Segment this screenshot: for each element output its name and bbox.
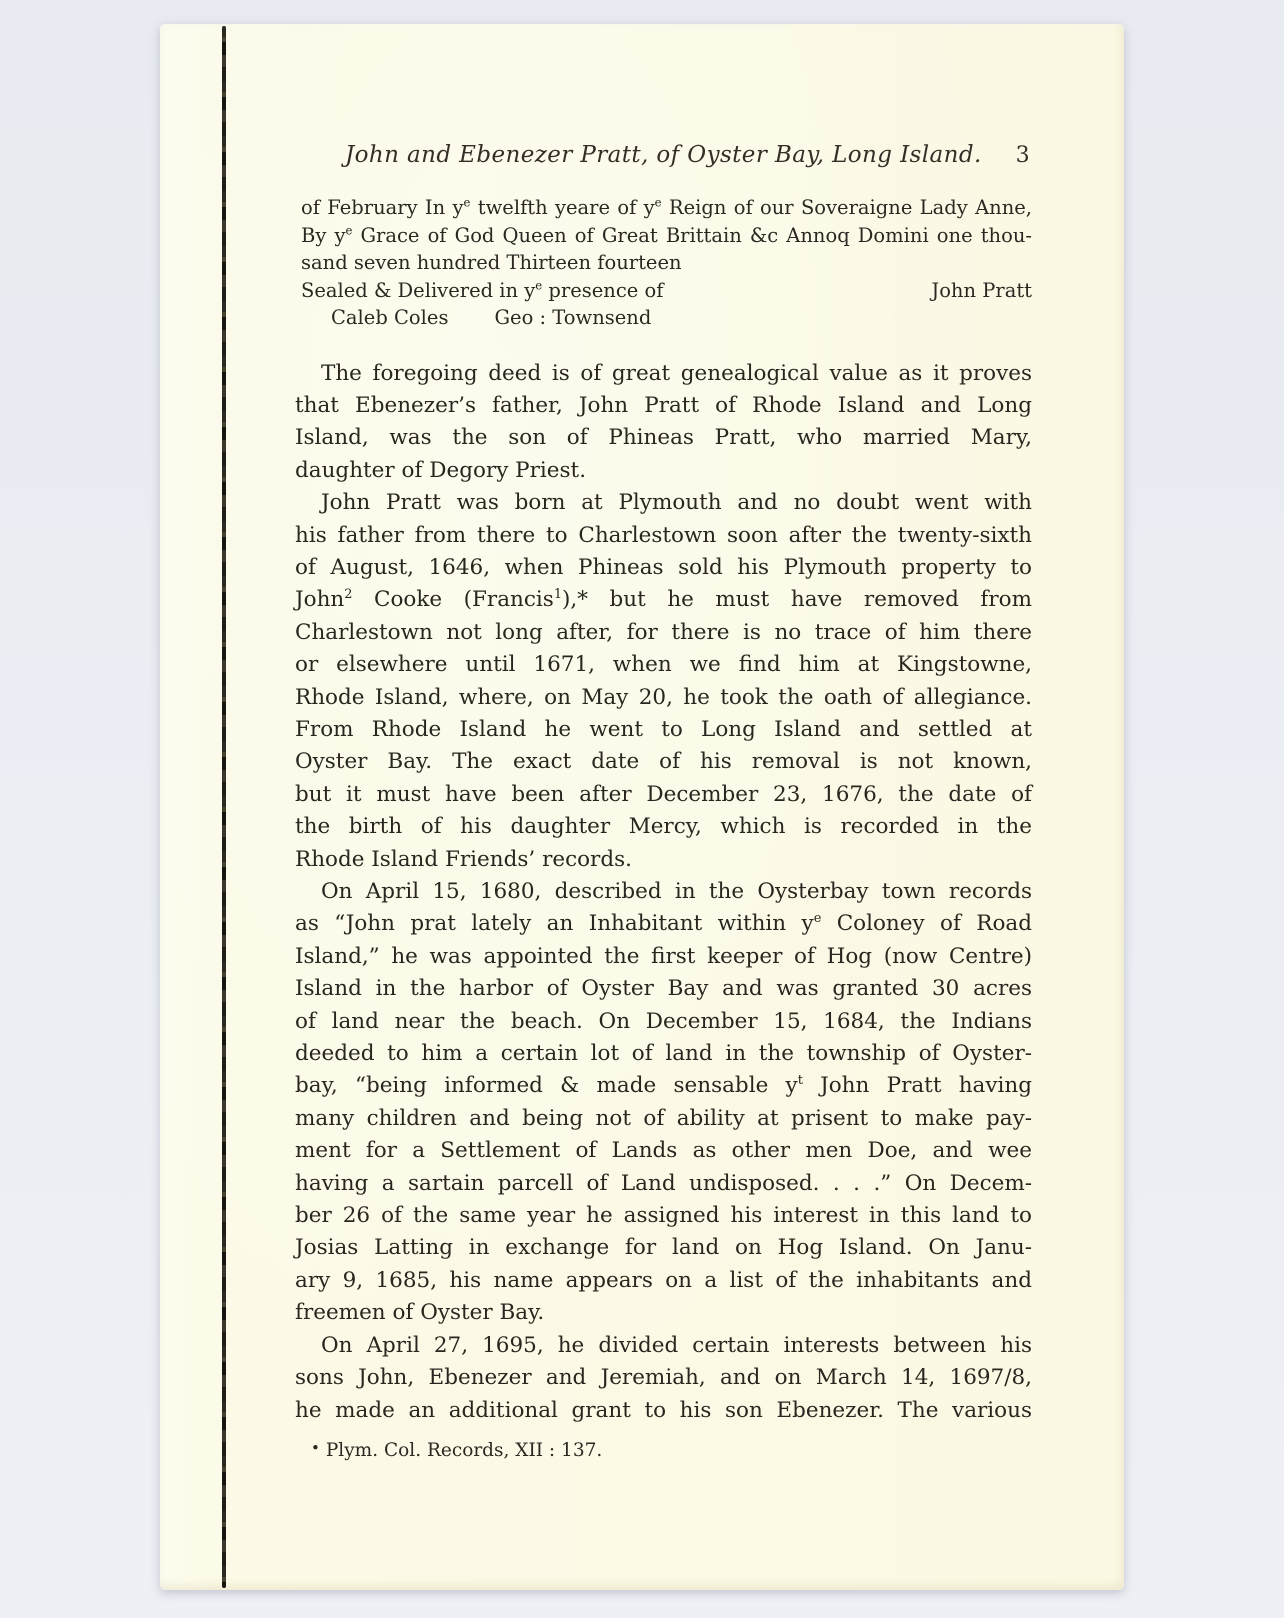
text-line: Rhode Island Friends’ records. xyxy=(295,844,1032,876)
deed-signature-row: Sealed & Delivered in ye presence ofJohn… xyxy=(301,277,1032,305)
text-line: having a sartain parcell of Land undispo… xyxy=(295,1168,1032,1200)
text-line: freemen of Oyster Bay. xyxy=(295,1297,1032,1329)
text-line: Island,” he was appointed the first keep… xyxy=(295,941,1032,973)
body-text: The foregoing deed is of great genealogi… xyxy=(295,358,1032,1427)
deed-text-line: By ye Grace of God Queen of Great Britta… xyxy=(301,222,1032,250)
text-line: or elsewhere until 1671, when we find hi… xyxy=(295,649,1032,681)
text-line: ary 9, 1685, his name appears on a list … xyxy=(295,1265,1032,1297)
running-header: John and Ebenezer Pratt, of Oyster Bay, … xyxy=(295,142,1032,168)
body-paragraph: The foregoing deed is of great genealogi… xyxy=(295,358,1032,488)
text-line: bay, “being informed & made sensable yt … xyxy=(295,1070,1032,1102)
text-line: ber 26 of the same year he assigned his … xyxy=(295,1200,1032,1232)
text-line: the birth of his daughter Mercy, which i… xyxy=(295,811,1032,843)
text-line: Rhode Island, where, on May 20, he took … xyxy=(295,682,1032,714)
text-line: as “John prat lately an Inhabitant withi… xyxy=(295,908,1032,940)
text-line: ment for a Settlement of Lands as other … xyxy=(295,1135,1032,1167)
deed-attestation: Sealed & Delivered in ye presence of xyxy=(301,277,663,305)
text-line: of land near the beach. On December 15, … xyxy=(295,1006,1032,1038)
text-line: From Rhode Island he went to Long Island… xyxy=(295,714,1032,746)
footnote: •Plym. Col. Records, XII : 137. xyxy=(295,1440,1032,1461)
page-content: John and Ebenezer Pratt, of Oyster Bay, … xyxy=(295,24,1032,1461)
text-line: his father from there to Charlestown soo… xyxy=(295,520,1032,552)
text-line: The foregoing deed is of great genealogi… xyxy=(295,358,1032,390)
running-header-title: John and Ebenezer Pratt, of Oyster Bay, … xyxy=(345,142,982,168)
text-line: John2 Cooke (Francis1),* but he must hav… xyxy=(295,584,1032,616)
signatory-name: John Pratt xyxy=(931,277,1032,305)
deed-text-line: sand seven hundred Thirteen fourteen xyxy=(301,249,1032,277)
text-line: deeded to him a certain lot of land in t… xyxy=(295,1038,1032,1070)
body-paragraph: On April 27, 1695, he divided certain in… xyxy=(295,1330,1032,1427)
text-line: Charlestown not long after, for there is… xyxy=(295,617,1032,649)
text-line: that Ebenezer’s father, John Pratt of Rh… xyxy=(295,390,1032,422)
text-line: he made an additional grant to his son E… xyxy=(295,1395,1032,1427)
deed-text-line: of February In ye twelfth yeare of ye Re… xyxy=(301,194,1032,222)
text-line: sons John, Ebenezer and Jeremiah, and on… xyxy=(295,1362,1032,1394)
book-page: John and Ebenezer Pratt, of Oyster Bay, … xyxy=(160,24,1124,1590)
text-line: Josias Latting in exchange for land on H… xyxy=(295,1232,1032,1264)
text-line: On April 27, 1695, he divided certain in… xyxy=(295,1330,1032,1362)
scan-background: John and Ebenezer Pratt, of Oyster Bay, … xyxy=(0,0,1284,1618)
page-number: 3 xyxy=(1016,143,1032,168)
text-line: of August, 1646, when Phineas sold his P… xyxy=(295,552,1032,584)
footnote-marker: • xyxy=(311,1439,320,1457)
text-line: Island, was the son of Phineas Pratt, wh… xyxy=(295,422,1032,454)
deed-closing-block: of February In ye twelfth yeare of ye Re… xyxy=(295,194,1032,332)
text-line: Island in the harbor of Oyster Bay and w… xyxy=(295,973,1032,1005)
footnote-text: Plym. Col. Records, XII : 137. xyxy=(326,1440,602,1461)
text-line: Oyster Bay. The exact date of his remova… xyxy=(295,746,1032,778)
text-line: On April 15, 1680, described in the Oyst… xyxy=(295,876,1032,908)
body-paragraph: John Pratt was born at Plymouth and no d… xyxy=(295,487,1032,876)
text-line: but it must have been after December 23,… xyxy=(295,779,1032,811)
text-line: daughter of Degory Priest. xyxy=(295,455,1032,487)
witness-names-row: Caleb ColesGeo : Townsend xyxy=(301,304,1032,332)
body-paragraph: On April 15, 1680, described in the Oyst… xyxy=(295,876,1032,1330)
witness-name: Geo : Townsend xyxy=(494,304,651,332)
text-line: John Pratt was born at Plymouth and no d… xyxy=(295,487,1032,519)
witness-name: Caleb Coles xyxy=(331,304,448,332)
text-line: many children and being not of ability a… xyxy=(295,1103,1032,1135)
binding-gutter-line xyxy=(222,26,226,1588)
